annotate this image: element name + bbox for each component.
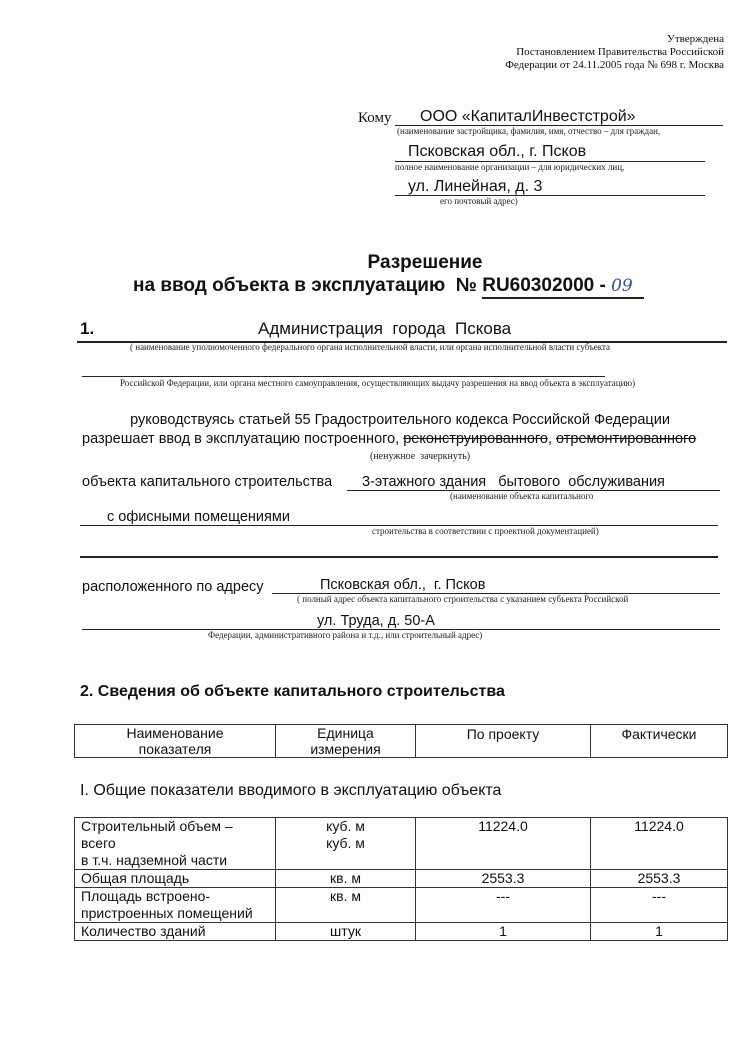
row-name: Количество зданий	[75, 923, 276, 941]
basis-struck-reconstructed: реконструированного	[403, 431, 548, 447]
table-row: Строительный объем – всего в т.ч. надзем…	[75, 818, 728, 870]
row-project: ---	[416, 888, 591, 923]
permit-number-printed: RU60302000 -	[482, 275, 606, 296]
title-line-2: на ввод объекта в эксплуатацию № RU60302…	[133, 275, 644, 297]
authority-caption-2: Российской Федерации, или органа местног…	[120, 378, 635, 388]
row-unit: кв. м	[276, 870, 416, 888]
row-name: Строительный объем – всего в т.ч. надзем…	[75, 818, 276, 870]
address-caption-1: ( полный адрес объекта капитального стро…	[297, 594, 628, 604]
row-actual: 11224.0	[591, 818, 728, 870]
recipient-caption-3: его почтовый адрес)	[440, 196, 518, 206]
address-value-2: ул. Труда, д. 50-А	[317, 613, 435, 629]
header-actual: Фактически	[591, 725, 728, 758]
object-value-2: с офисными помещениями	[107, 509, 290, 525]
table-row: Количество зданий штук 1 1	[75, 923, 728, 941]
recipient-street: ул. Линейная, д. 3	[408, 178, 542, 196]
object-label: объекта капитального строительства	[82, 474, 332, 490]
row-project: 11224.0	[416, 818, 591, 870]
authority-caption-1: ( наименование уполномоченного федеральн…	[130, 342, 610, 352]
object-caption-1: (наименование объекта капитального	[450, 491, 593, 501]
row-unit: штук	[276, 923, 416, 941]
row-name: Площадь встроено- пристроенных помещений	[75, 888, 276, 923]
header-project: По проекту	[416, 725, 591, 758]
permit-number: RU60302000 - 09	[482, 275, 644, 299]
permit-number-handwritten: 09	[611, 276, 633, 296]
section2-heading: 2. Сведения об объекте капитального стро…	[80, 683, 505, 701]
object-value-1: 3-этажного здания бытового обслуживания	[362, 474, 665, 490]
header-indicator-name: Наименование показателя	[75, 725, 276, 758]
approval-stamp: Утверждена Постановлением Правительства …	[505, 33, 724, 72]
approval-line-3: Федерации от 24.11.2005 года № 698 г. Мо…	[505, 59, 724, 72]
table-row: Общая площадь кв. м 2553.3 2553.3	[75, 870, 728, 888]
object-line-3	[80, 556, 718, 558]
basis-line-1: руководствуясь статьей 55 Градостроитель…	[0, 412, 750, 428]
address-caption-2: Федерации, административного района и т.…	[208, 630, 482, 640]
header-unit: Единица измерения	[276, 725, 416, 758]
general-indicators-table: Строительный объем – всего в т.ч. надзем…	[74, 817, 728, 941]
table-header-row: Наименование показателя Единица измерени…	[75, 725, 728, 758]
document-title: Разрешение	[0, 251, 750, 275]
issuing-authority: Администрация города Пскова	[258, 319, 511, 339]
section2-subheading: I. Общие показатели вводимого в эксплуат…	[80, 782, 501, 800]
approval-line-1: Утверждена	[505, 33, 724, 46]
basis-struck-repaired: отремонтированного	[556, 431, 696, 447]
basis-line-2: разрешает ввод в эксплуатацию построенно…	[82, 431, 696, 447]
row-unit: куб. м куб. м	[276, 818, 416, 870]
row-actual: 1	[591, 923, 728, 941]
address-value-1: Псковская обл., г. Псков	[320, 577, 485, 593]
row-project: 1	[416, 923, 591, 941]
basis-separator: ,	[548, 431, 552, 447]
address-label: расположенного по адресу	[82, 579, 264, 595]
authority-line-2	[82, 376, 605, 377]
recipient-caption-1: (наименование застройщика, фамилия, имя,…	[397, 126, 660, 136]
title-prefix: на ввод объекта в эксплуатацию №	[133, 275, 477, 296]
recipient-label: Кому	[358, 110, 391, 127]
basis-plain: разрешает ввод в эксплуатацию построенно…	[82, 431, 399, 447]
row-actual: ---	[591, 888, 728, 923]
recipient-caption-2: полное наименование организации – для юр…	[395, 162, 624, 172]
section1-number: 1.	[80, 319, 94, 339]
recipient-region: Псковская обл., г. Псков	[408, 143, 586, 161]
table-row: Площадь встроено- пристроенных помещений…	[75, 888, 728, 923]
row-name: Общая площадь	[75, 870, 276, 888]
row-unit: кв. м	[276, 888, 416, 923]
strike-hint: (ненужное зачеркнуть)	[370, 451, 470, 462]
approval-line-2: Постановлением Правительства Российской	[505, 46, 724, 59]
recipient-name: ООО «КапиталИнвестстрой»	[420, 108, 636, 126]
title-line-1: Разрешение	[0, 251, 750, 275]
row-project: 2553.3	[416, 870, 591, 888]
object-caption-2: строительства в соответствии с проектной…	[372, 526, 599, 536]
row-actual: 2553.3	[591, 870, 728, 888]
indicators-header-table: Наименование показателя Единица измерени…	[74, 724, 728, 758]
